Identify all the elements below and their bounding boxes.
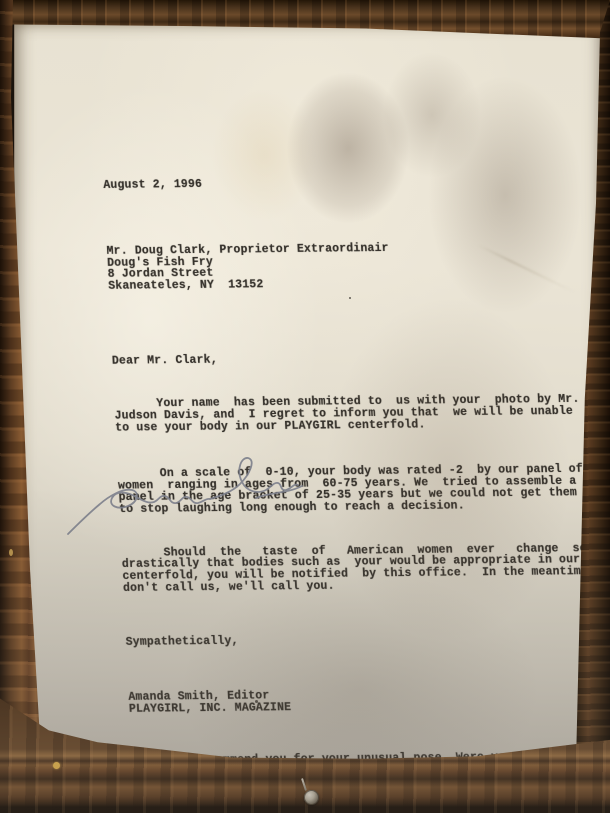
salutation: Dear Mr. Clark, [112,350,595,367]
paragraph-3: Should the taste of American women ever … [121,543,605,594]
paint-speck [53,762,60,769]
signer-name-and-title: Amanda Smith, Editor PLAYGIRL, INC. MAGA… [128,687,610,715]
handwritten-signature [60,448,310,543]
dust-spot-small [349,297,351,299]
thumbtack [304,790,319,805]
dust-spot [255,700,258,703]
framed-letter-photo: August 2, 1996 Mr. Doug Clark, Proprieto… [0,0,610,813]
recipient-address: Mr. Doug Clark, Proprietor Extraordinair… [106,241,590,292]
letter-date: August 2, 1996 [103,175,586,192]
paragraph-1: Your name has been submitted to us with … [114,394,598,434]
paint-speck-small [9,549,13,556]
closing: Sympathetically, [125,632,608,649]
signature-stroke-smith [210,458,298,499]
signature-stroke-amanda [68,490,210,534]
